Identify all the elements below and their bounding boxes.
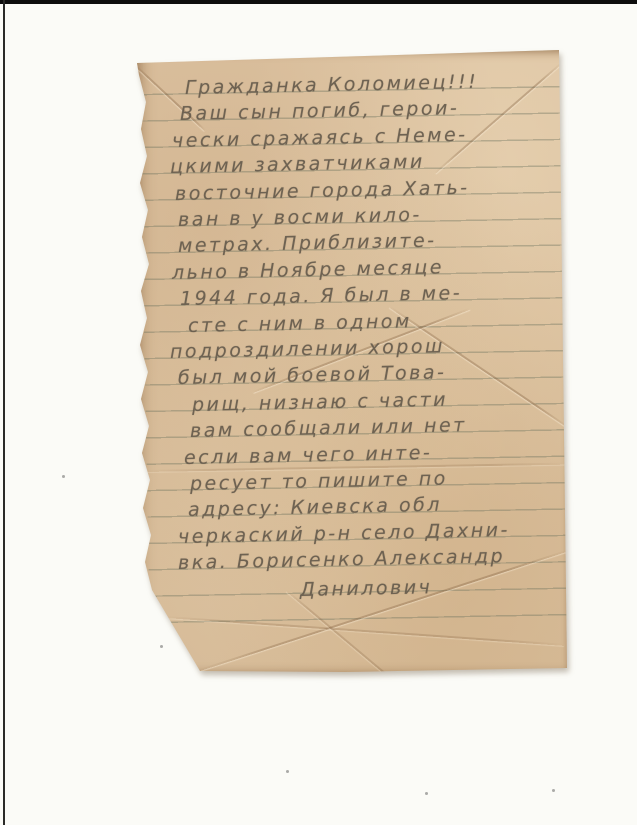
handwritten-line: если вам чего инте- <box>184 442 433 469</box>
handwritten-line: чески сражаясь с Неме- <box>172 124 468 152</box>
handwritten-line: Гражданка Коломиец!!! <box>185 71 479 99</box>
handwritten-line: ван в у восми кило- <box>178 204 422 231</box>
handwritten-line: рищ, низнаю с части <box>192 389 448 416</box>
handwritten-line: вам сообщали или нет <box>190 414 467 442</box>
paper-shadow-wrap: Гражданка Коломиец!!! Ваш сын погиб, гер… <box>137 50 569 675</box>
handwriting-block: Гражданка Коломиец!!! Ваш сын погиб, гер… <box>137 50 569 675</box>
dust-speck <box>62 475 65 478</box>
scanned-letter-photo: Гражданка Коломиец!!! Ваш сын погиб, гер… <box>0 0 637 825</box>
handwritten-line: ресует то пишите по <box>190 468 448 495</box>
dust-speck <box>425 792 428 795</box>
handwritten-line: Ваш сын погиб, герои- <box>180 97 460 125</box>
dust-speck <box>286 770 289 773</box>
dust-speck <box>552 789 555 792</box>
dust-speck <box>160 645 163 648</box>
handwritten-line: 1944 года. Я был в ме- <box>180 282 463 310</box>
handwritten-line: Данилович <box>300 576 433 601</box>
handwritten-line: метрах. Приблизите- <box>178 230 437 257</box>
scan-border-left <box>3 0 5 825</box>
handwritten-line: подроздилении хорош <box>170 335 445 363</box>
handwritten-line: цкими захватчиками <box>170 151 425 178</box>
handwritten-line: вка. Борисенко Александр <box>178 545 506 574</box>
handwritten-line: черкаский р-н село Дахни- <box>178 519 510 548</box>
handwritten-line: адресу: Киевска обл <box>188 494 442 521</box>
handwritten-line: был мой боевой Това- <box>178 361 447 389</box>
handwritten-line: льно в Ноябре месяце <box>172 256 444 284</box>
letter-paper: Гражданка Коломиец!!! Ваш сын погиб, гер… <box>137 50 569 675</box>
handwritten-line: сте с ним в одном <box>188 310 412 337</box>
scan-border-top <box>0 0 637 4</box>
handwritten-line: восточние города Хать- <box>175 177 470 205</box>
